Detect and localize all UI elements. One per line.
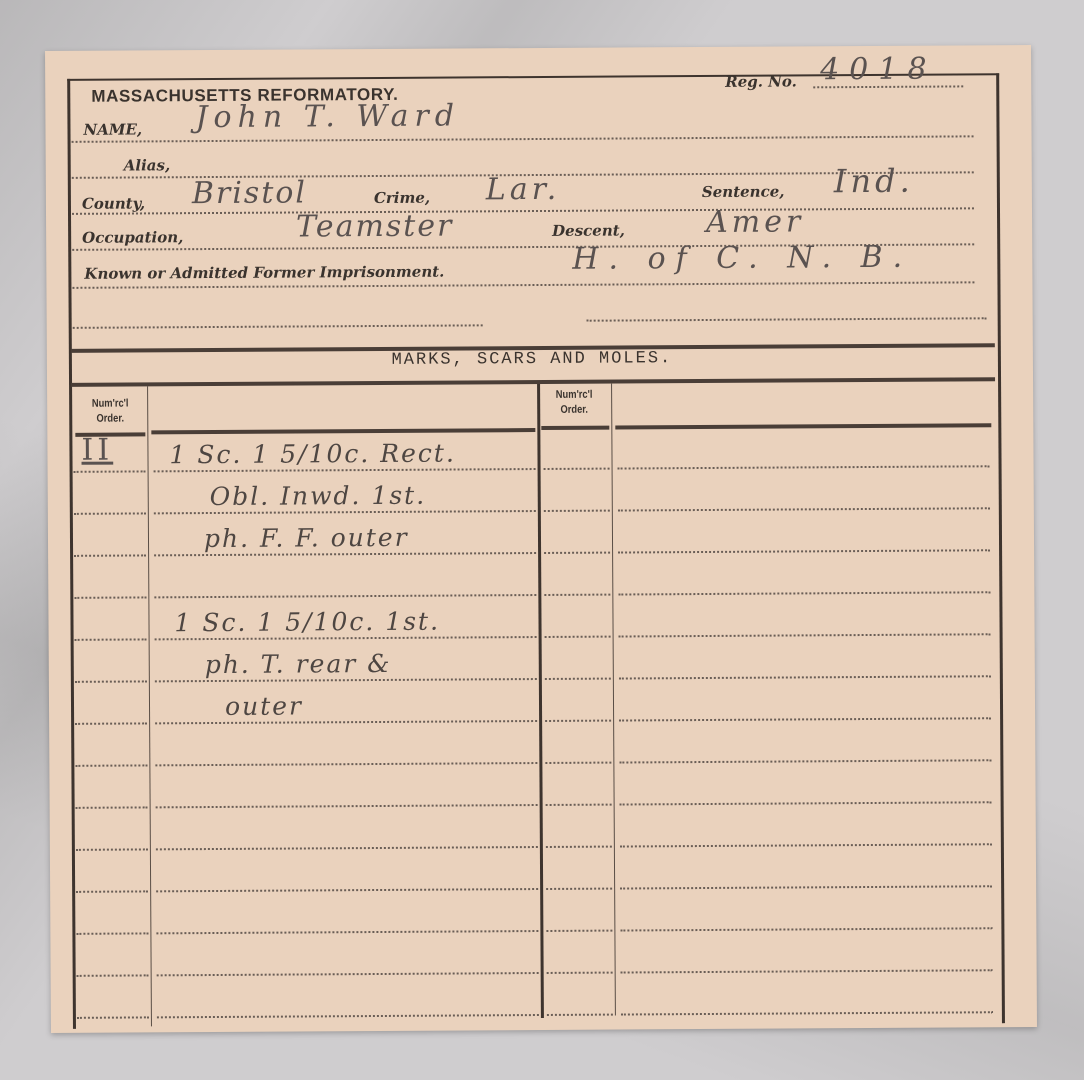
alias-label: Alias, <box>124 156 171 174</box>
entry-line-2: Obl. Inwd. 1st. <box>210 475 427 518</box>
former-imprisonment-label: Known or Admitted Former Imprisonment. <box>84 263 444 283</box>
row-dotted-line <box>546 888 612 890</box>
row-dotted-line <box>544 552 610 554</box>
row-dotted-line <box>544 510 610 512</box>
row-dotted-line <box>544 594 610 596</box>
row-dotted-line <box>76 848 148 850</box>
reg-no-value: 4018 <box>820 52 937 88</box>
row-dotted-line <box>547 972 613 974</box>
numerical-order-header-right: Num'rc'l Order. <box>544 388 604 418</box>
county-value: Bristol <box>192 175 307 211</box>
row-dotted-line <box>76 890 148 892</box>
row-dotted-line <box>546 846 612 848</box>
sentence-value: Ind. <box>834 162 914 200</box>
sentence-label: Sentence, <box>702 183 785 202</box>
row-dotted-line <box>75 764 147 766</box>
row-dotted-line <box>76 806 148 808</box>
row-dotted-line <box>76 932 148 934</box>
row-dotted-line <box>545 636 611 638</box>
entry-line-3: ph. F. F. outer <box>204 517 409 560</box>
entry-line-5: 1 Sc. 1 5/10c. 1st. <box>174 601 440 645</box>
row-dotted-line <box>545 720 611 722</box>
row-dotted-line <box>544 468 610 470</box>
row-dotted-line <box>545 678 611 680</box>
row-dotted-line <box>75 680 147 682</box>
row-dotted-line <box>546 804 612 806</box>
county-label: County, <box>82 194 145 212</box>
numerical-order-header-left: Num'rc'l Order. <box>80 396 140 426</box>
entry-line-1: 1 Sc. 1 5/10c. Rect. <box>169 433 456 477</box>
descent-label: Descent, <box>552 221 625 239</box>
crime-value: Lar. <box>486 172 561 207</box>
occupation-value: Teamster <box>296 209 454 245</box>
entry-line-7: outer <box>225 685 303 727</box>
reformatory-record-card: MASSACHUSETTS REFORMATORY. Reg. No. 4018… <box>45 45 1037 1033</box>
name-label: NAME, <box>83 120 142 138</box>
row-dotted-line <box>77 974 149 976</box>
crime-label: Crime, <box>374 189 430 207</box>
header-rule-3 <box>541 426 609 430</box>
entry-order-numeral: II <box>81 433 113 468</box>
name-value: John T. Ward <box>195 98 460 135</box>
row-dotted-line <box>77 1016 149 1018</box>
descent-value: Amer <box>706 204 804 240</box>
row-dotted-line <box>547 1014 613 1016</box>
row-dotted-line <box>545 762 611 764</box>
entry-line-6: ph. T. rear & <box>205 643 392 686</box>
occupation-label: Occupation, <box>82 228 183 247</box>
ruled-rows <box>45 45 1031 51</box>
row-dotted-line <box>75 722 147 724</box>
former-imprisonment-value: H. of C. N. B. <box>572 240 912 277</box>
reg-no-label: Reg. No. <box>725 72 797 90</box>
row-dotted-line <box>546 930 612 932</box>
